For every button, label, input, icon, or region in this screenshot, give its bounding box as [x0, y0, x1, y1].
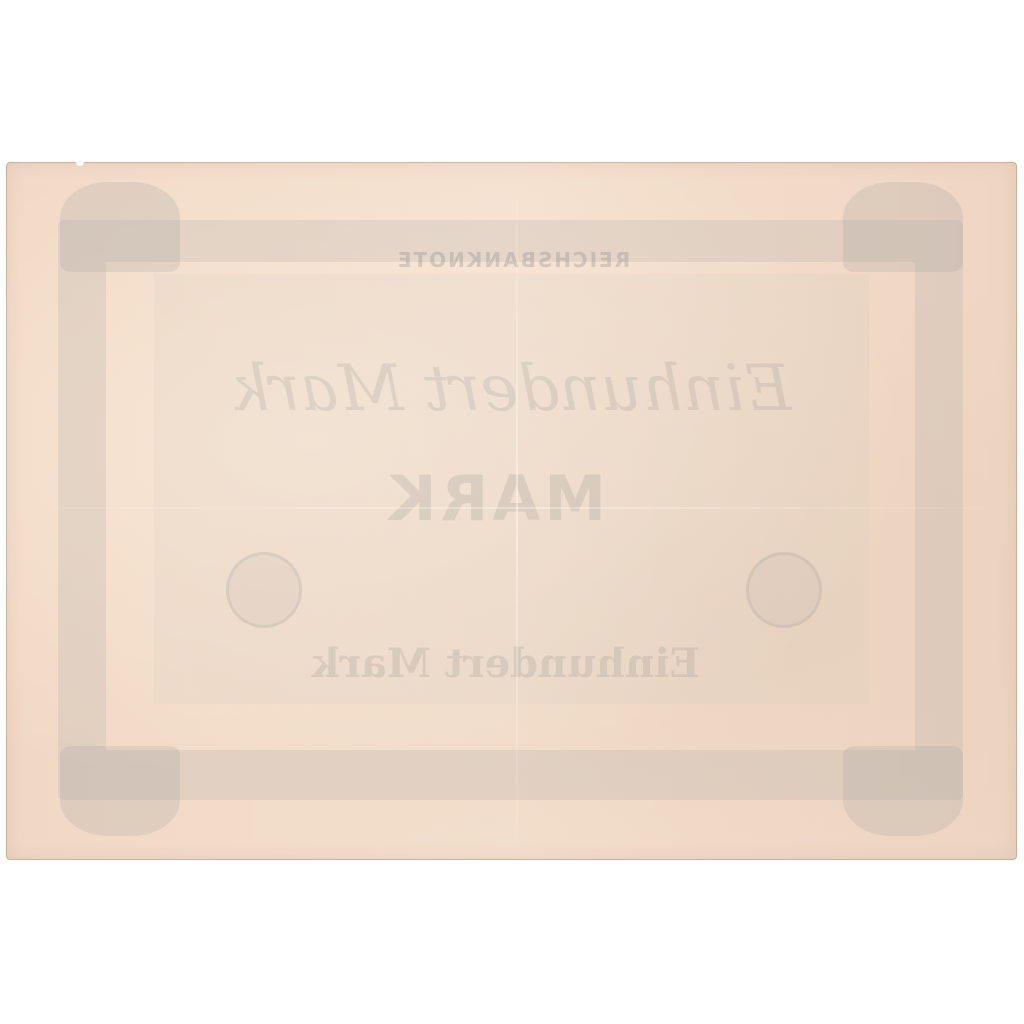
seal-right-icon: [746, 552, 822, 628]
horizontal-fold-crease: [6, 507, 1017, 509]
vertical-fold-crease: [516, 162, 518, 860]
corner-ornament-bottom-right: [843, 746, 963, 836]
corner-ornament-bottom-left: [60, 746, 180, 836]
show-through-denomination-script: Einhundert Mark: [176, 352, 846, 426]
show-through-header-text: REICHSBANKNOTE: [358, 248, 668, 272]
seal-left-icon: [226, 552, 302, 628]
show-through-bottom-script: Einhundert Mark: [206, 640, 806, 687]
corner-ornament-top-left: [60, 182, 180, 272]
banknote-reverse: REICHSBANKNOTE Einhundert Mark MARK Einh…: [6, 162, 1017, 860]
edge-notch: [76, 162, 84, 166]
corner-ornament-top-right: [843, 182, 963, 272]
